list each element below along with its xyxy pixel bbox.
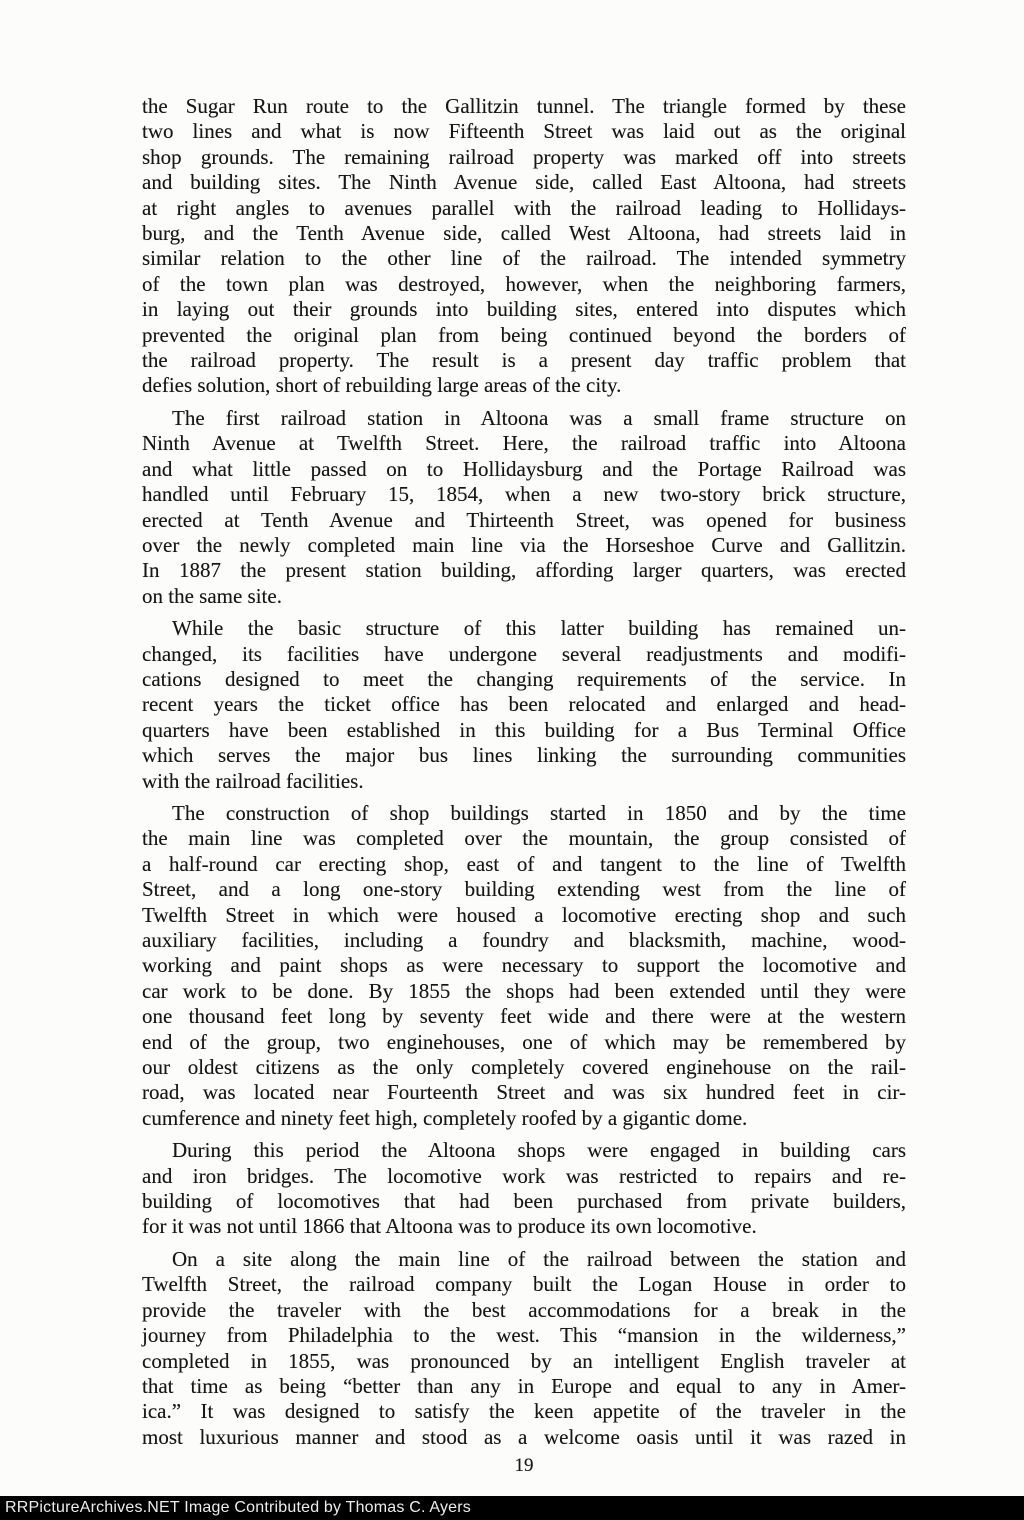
text-line: end of the group, two enginehouses, one … [142,1030,906,1055]
text-line: erected at Tenth Avenue and Thirteenth S… [142,508,906,533]
text-line: and what little passed on to Hollidaysbu… [142,457,906,482]
scanned-page: the Sugar Run route to the Gallitzin tun… [0,0,1024,1520]
text-line: for it was not until 1866 that Altoona w… [142,1214,906,1239]
text-line: changed, its facilities have undergone s… [142,642,906,667]
text-line: building of locomotives that had been pu… [142,1189,906,1214]
paragraph: the Sugar Run route to the Gallitzin tun… [142,94,906,399]
text-line: car work to be done. By 1855 the shops h… [142,979,906,1004]
text-line: most luxurious manner and stood as a wel… [142,1425,906,1450]
text-line: completed in 1855, was pronounced by an … [142,1349,906,1374]
page-number: 19 [142,1455,906,1477]
text-line: Twelfth Street, the railroad company bui… [142,1272,906,1297]
text-line: that time as being “better than any in E… [142,1374,906,1399]
text-line: provide the traveler with the best accom… [142,1298,906,1323]
text-line: the railroad property. The result is a p… [142,348,906,373]
text-line: two lines and what is now Fifteenth Stre… [142,119,906,144]
text-line: journey from Philadelphia to the west. T… [142,1323,906,1348]
text-line: and building sites. The Ninth Avenue sid… [142,170,906,195]
text-line: handled until February 15, 1854, when a … [142,482,906,507]
paragraph: On a site along the main line of the rai… [142,1247,906,1450]
paragraph: The construction of shop buildings start… [142,801,906,1131]
text-line: which serves the major bus lines linking… [142,743,906,768]
text-line: of the town plan was destroyed, however,… [142,272,906,297]
paragraph: The first railroad station in Altoona wa… [142,406,906,609]
watermark-text: RRPictureArchives.NET Image Contributed … [0,1500,471,1516]
text-line: The construction of shop buildings start… [142,801,906,826]
text-line: over the newly completed main line via t… [142,533,906,558]
text-line: Street, and a long one-story building ex… [142,877,906,902]
body-text: the Sugar Run route to the Gallitzin tun… [142,94,906,1450]
text-line: Ninth Avenue at Twelfth Street. Here, th… [142,431,906,456]
text-line: During this period the Altoona shops wer… [142,1138,906,1163]
text-line: road, was located near Fourteenth Street… [142,1080,906,1105]
text-line: the Sugar Run route to the Gallitzin tun… [142,94,906,119]
text-line: the main line was completed over the mou… [142,826,906,851]
text-line: While the basic structure of this latter… [142,616,906,641]
text-line: shop grounds. The remaining railroad pro… [142,145,906,170]
text-line: ica.” It was designed to satisfy the kee… [142,1399,906,1424]
text-line: with the railroad facilities. [142,769,906,794]
text-line: at right angles to avenues parallel with… [142,196,906,221]
paragraph: During this period the Altoona shops wer… [142,1138,906,1240]
text-line: Twelfth Street in which were housed a lo… [142,903,906,928]
text-line: defies solution, short of rebuilding lar… [142,373,906,398]
text-line: cumference and ninety feet high, complet… [142,1106,906,1131]
text-line: in laying out their grounds into buildin… [142,297,906,322]
text-line: quarters have been established in this b… [142,718,906,743]
paragraph: While the basic structure of this latter… [142,616,906,794]
text-line: one thousand feet long by seventy feet w… [142,1004,906,1029]
text-line: prevented the original plan from being c… [142,323,906,348]
text-line: similar relation to the other line of th… [142,246,906,271]
text-line: a half-round car erecting shop, east of … [142,852,906,877]
text-line: recent years the ticket office has been … [142,692,906,717]
text-line: On a site along the main line of the rai… [142,1247,906,1272]
text-line: our oldest citizens as the only complete… [142,1055,906,1080]
text-line: burg, and the Tenth Avenue side, called … [142,221,906,246]
text-line: cations designed to meet the changing re… [142,667,906,692]
watermark-bar: RRPictureArchives.NET Image Contributed … [0,1496,1024,1520]
text-line: auxiliary facilities, including a foundr… [142,928,906,953]
text-line: on the same site. [142,584,906,609]
text-line: In 1887 the present station building, af… [142,558,906,583]
text-line: The first railroad station in Altoona wa… [142,406,906,431]
text-line: working and paint shops as were necessar… [142,953,906,978]
text-line: and iron bridges. The locomotive work wa… [142,1164,906,1189]
